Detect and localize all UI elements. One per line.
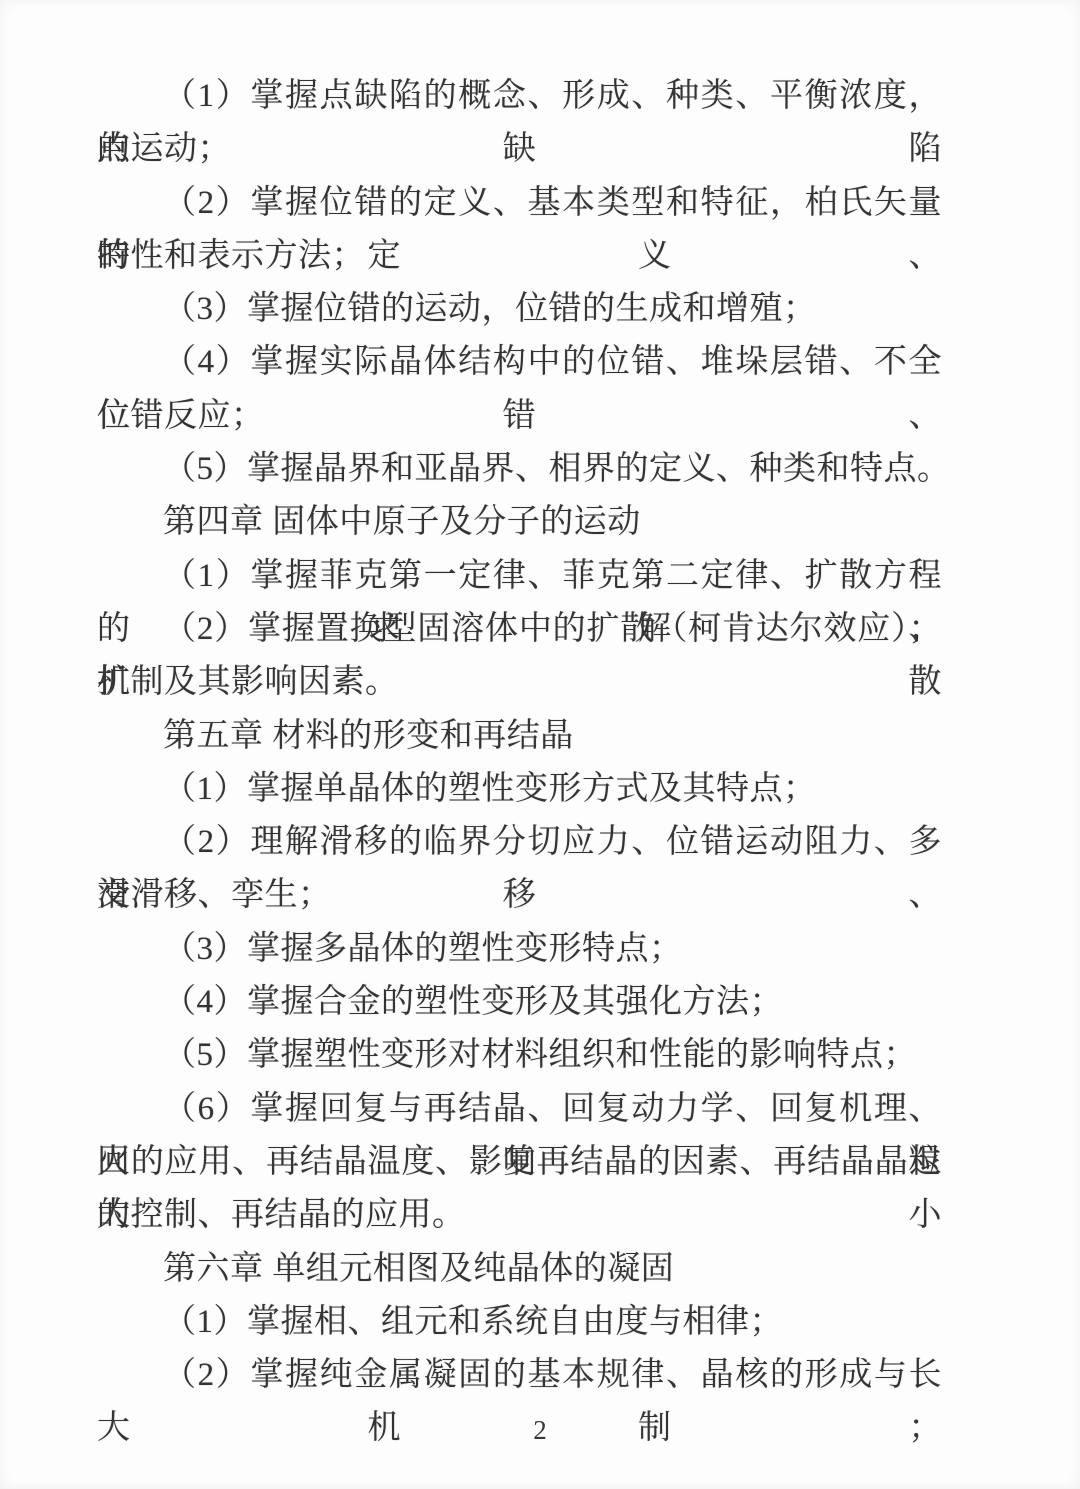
document-page: （1）掌握点缺陷的概念、形成、种类、平衡浓度，点缺陷 的运动； （2）掌握位错的… bbox=[0, 0, 1080, 1489]
text-line: （4）掌握合金的塑性变形及其强化方法； bbox=[97, 976, 942, 1029]
document-body: （1）掌握点缺陷的概念、形成、种类、平衡浓度，点缺陷 的运动； （2）掌握位错的… bbox=[97, 70, 942, 1402]
text-line: （1）掌握点缺陷的概念、形成、种类、平衡浓度，点缺陷 bbox=[97, 70, 942, 123]
text-line: （4）掌握实际晶体结构中的位错、堆垛层错、不全位错、 bbox=[97, 336, 942, 389]
text-line: （2）掌握置换型固溶体中的扩散（柯肯达尔效应）、扩散 bbox=[97, 603, 942, 656]
chapter-heading: 第五章 材料的形变和再结晶 bbox=[97, 710, 942, 763]
text-line: （2）掌握纯金属凝固的基本规律、晶核的形成与长大机制； bbox=[97, 1349, 942, 1402]
text-line: （3）掌握多晶体的塑性变形特点； bbox=[97, 923, 942, 976]
text-line: （1）掌握相、组元和系统自由度与相律； bbox=[97, 1296, 942, 1349]
text-line: （6）掌握回复与再结晶、回复动力学、回复机理、回复退 bbox=[97, 1083, 942, 1136]
page-number: 2 bbox=[0, 1415, 1080, 1446]
text-line: （2）掌握位错的定义、基本类型和特征，柏氏矢量的定义、 bbox=[97, 177, 942, 230]
text-line: （1）掌握菲克第一定律、菲克第二定律、扩散方程的求解； bbox=[97, 550, 942, 603]
chapter-heading: 第四章 固体中原子及分子的运动 bbox=[97, 496, 942, 549]
text-line: 火的应用、再结晶温度、影响再结晶的因素、再结晶晶粒大小 bbox=[97, 1136, 942, 1189]
text-line: （5）掌握晶界和亚晶界、相界的定义、种类和特点。 bbox=[97, 443, 942, 496]
text-line: （1）掌握单晶体的塑性变形方式及其特点； bbox=[97, 763, 942, 816]
text-line: （2）理解滑移的临界分切应力、位错运动阻力、多滑移、 bbox=[97, 816, 942, 869]
text-line: （3）掌握位错的运动，位错的生成和增殖； bbox=[97, 283, 942, 336]
text-line: （5）掌握塑性变形对材料组织和性能的影响特点； bbox=[97, 1029, 942, 1082]
chapter-heading: 第六章 单组元相图及纯晶体的凝固 bbox=[97, 1243, 942, 1296]
